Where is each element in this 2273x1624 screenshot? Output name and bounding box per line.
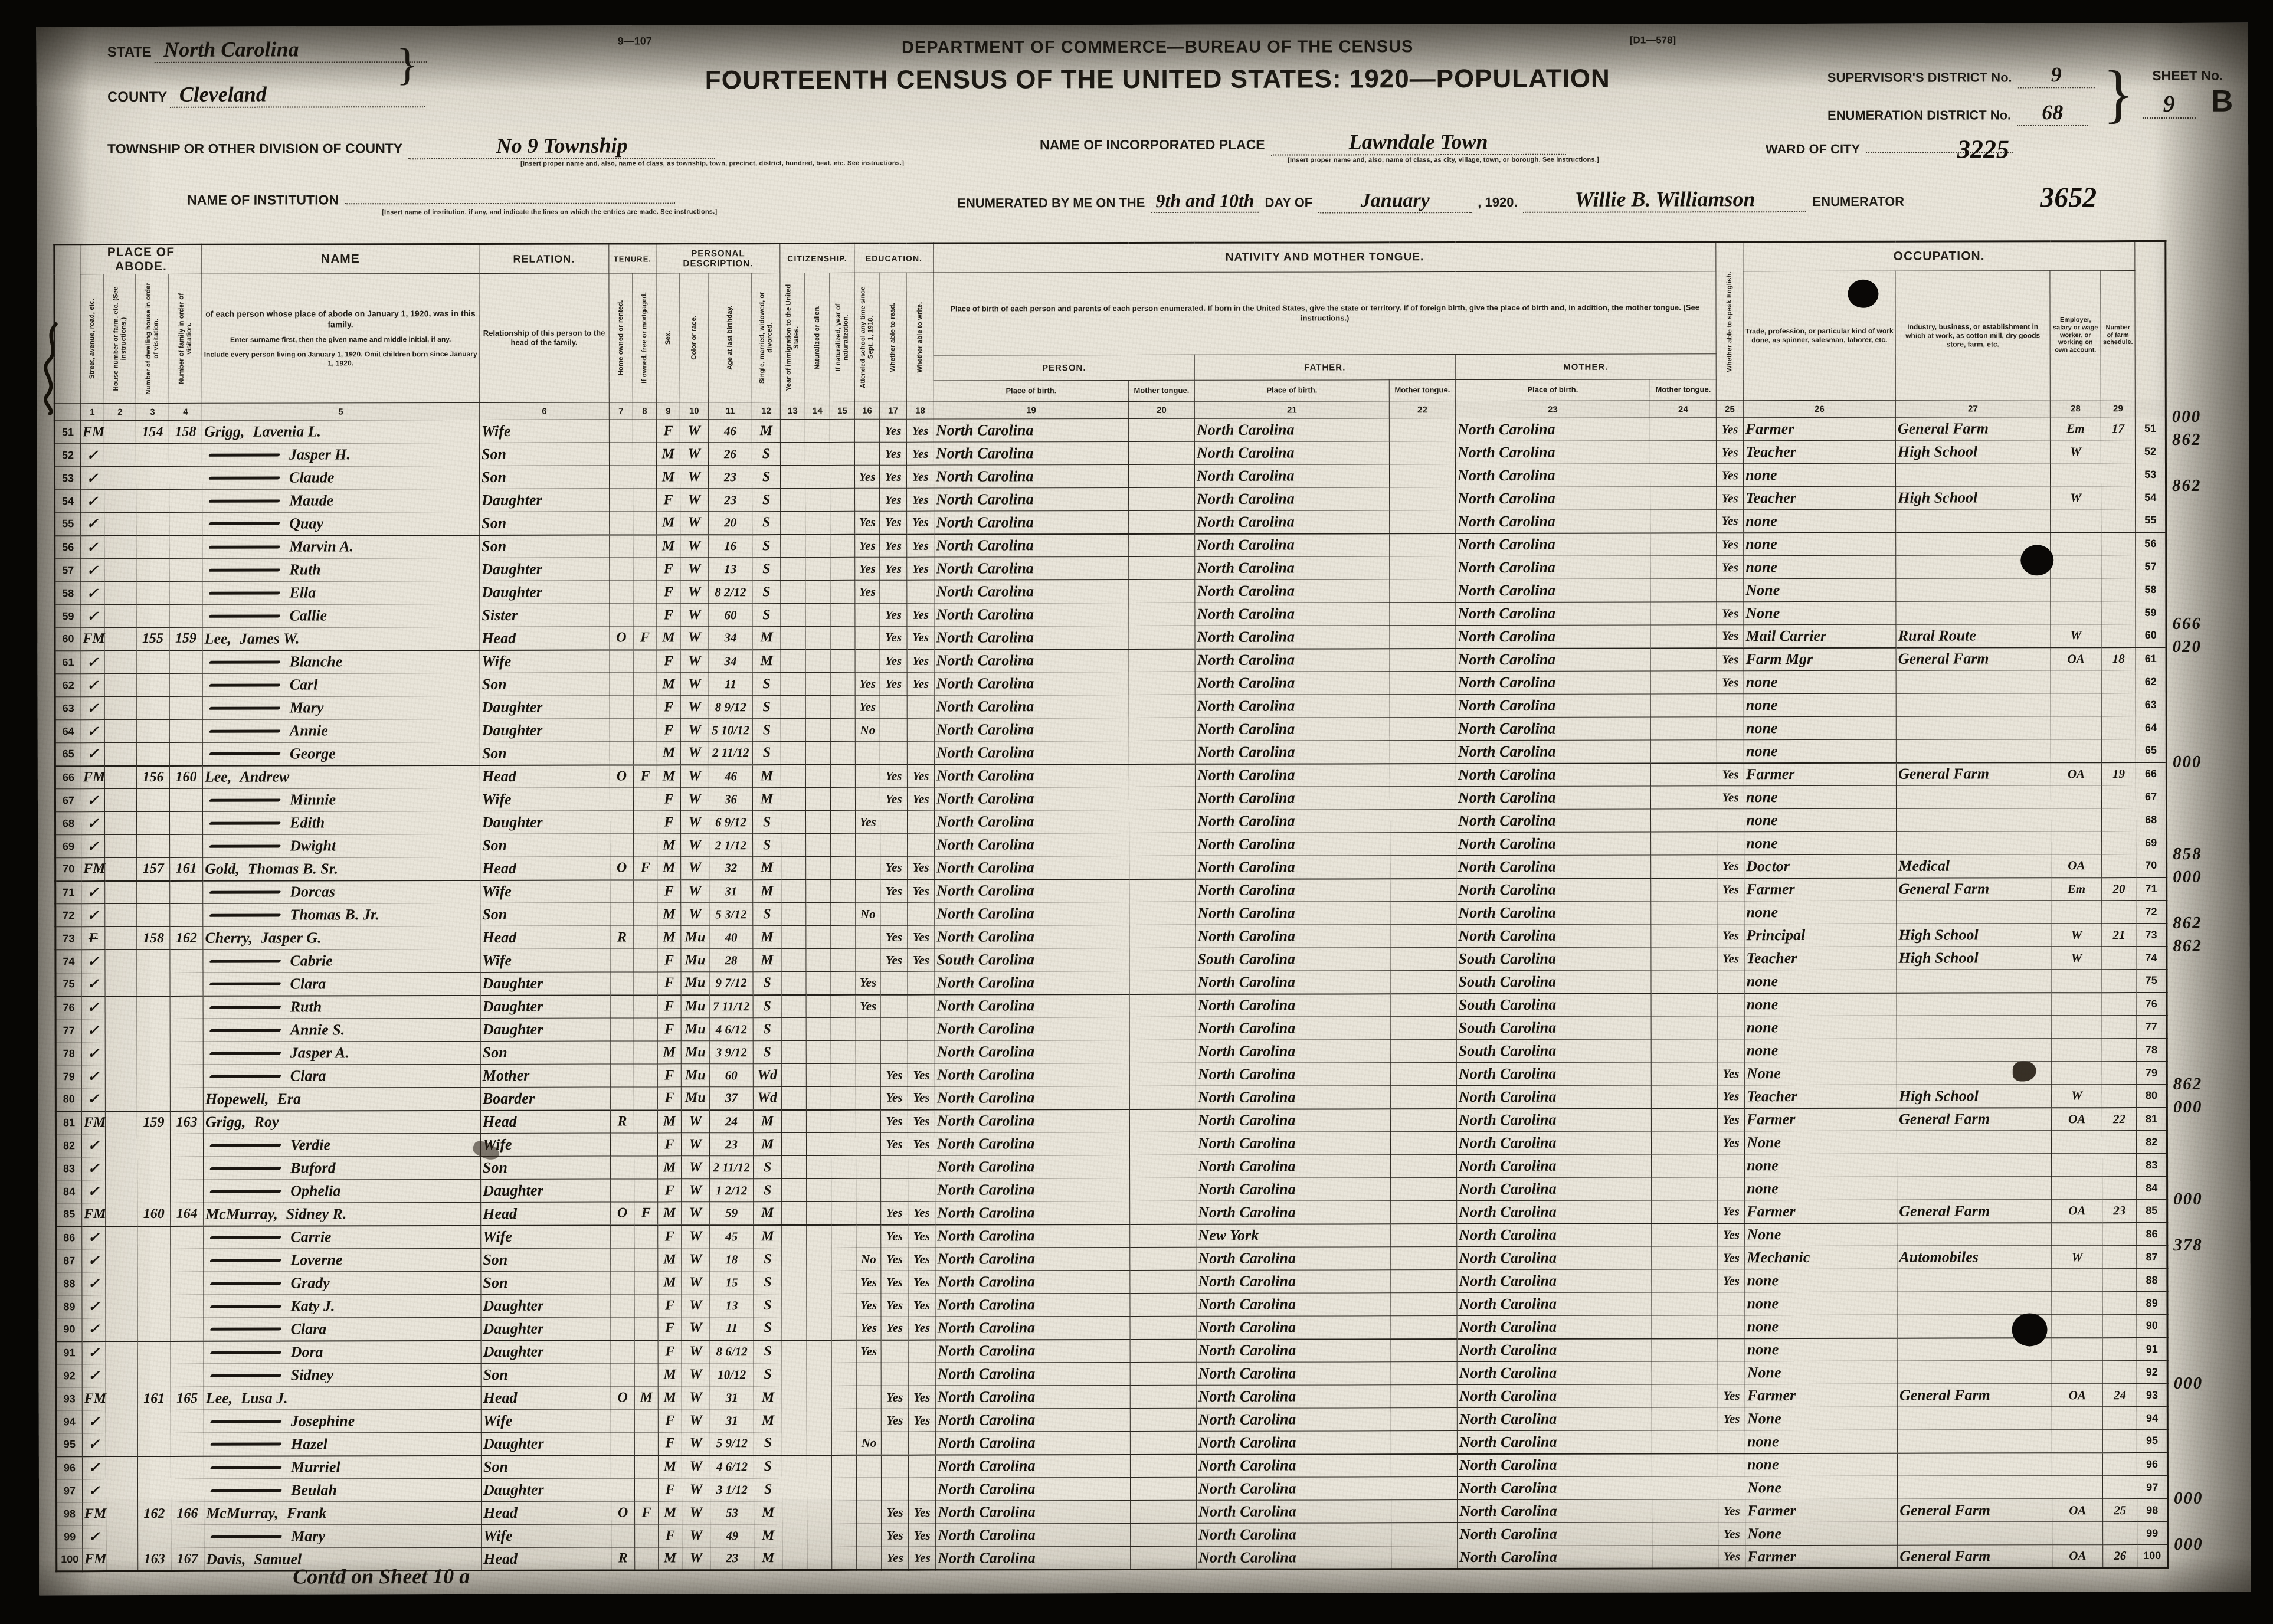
cell-immigration-year	[781, 971, 806, 994]
cell-father-birthplace: North Carolina	[1196, 902, 1390, 925]
cell-able-to-read	[880, 902, 908, 925]
cell-able-to-write: Yes	[908, 948, 935, 971]
cell-line-number: 100	[57, 1548, 83, 1571]
cell-immigration-year	[782, 1224, 807, 1248]
cell-employer-class	[2051, 785, 2102, 808]
cell-house-number	[104, 489, 136, 512]
cell-line-number-right: 86	[2137, 1222, 2167, 1245]
cell-naturalization-year	[832, 1547, 857, 1570]
cell-able-to-read	[880, 810, 908, 833]
cell-immigration-year	[781, 1109, 806, 1132]
cell-father-birthplace: New York	[1196, 1224, 1391, 1248]
cell-mother-mother-tongue	[1651, 1039, 1717, 1062]
cell-birthplace: North Carolina	[934, 764, 1129, 788]
cell-mother-tongue	[1129, 533, 1195, 556]
cell-relation: Son	[480, 834, 610, 857]
cell-free-mortgaged	[633, 696, 657, 719]
cell-dwelling-number	[136, 581, 169, 604]
doc-code: [D1—578]	[1630, 34, 1676, 46]
cell-father-birthplace: North Carolina	[1196, 1316, 1391, 1340]
cell-occupation: none	[1745, 1453, 1898, 1476]
cell-age: 13	[709, 558, 752, 581]
cell-industry	[1896, 716, 2051, 739]
cell-sex: F	[657, 489, 680, 512]
cell-family-number	[171, 1525, 204, 1548]
cell-home-owned	[610, 673, 633, 696]
line-number-col-head	[54, 245, 80, 404]
cell-father-birthplace: North Carolina	[1195, 464, 1390, 488]
cell-name: Ruth	[202, 558, 480, 581]
cell-speaks-english: Yes	[1717, 671, 1744, 694]
cell-sex: F	[657, 788, 680, 811]
enumerated-line: ENUMERATED BY ME ON THE 9th and 10th DAY…	[957, 186, 1904, 214]
margin-annotation: 862	[2172, 428, 2237, 451]
cell-industry: General Farm	[1896, 647, 2051, 670]
cell-mother-mother-tongue	[1651, 1062, 1717, 1085]
cell-house-number	[104, 696, 136, 719]
group-nativity: NATIVITY AND MOTHER TONGUE.	[934, 242, 1716, 273]
cell-race: W	[682, 1225, 710, 1248]
cell-house-number	[105, 834, 137, 857]
given-name: Minnie	[290, 791, 336, 808]
cell-father-mother-tongue	[1390, 441, 1456, 464]
cell-age: 4 6/12	[710, 1455, 754, 1478]
cell-attended-school	[856, 833, 880, 856]
margin-annotation: 862	[2173, 935, 2238, 958]
col-15-naturalization-year: If naturalized, year of naturalization.	[830, 273, 854, 402]
cell-sex: F	[657, 558, 680, 581]
cell-speaks-english	[1717, 970, 1744, 993]
cell-industry	[1896, 693, 2051, 716]
cell-able-to-read	[880, 1040, 908, 1063]
cell-father-mother-tongue	[1391, 1247, 1457, 1270]
column-number: 10	[680, 402, 708, 420]
column-number	[54, 404, 80, 421]
cell-mother-mother-tongue	[1651, 878, 1717, 901]
cell-line-number-right: 55	[2136, 509, 2166, 532]
cell-street-mark: ✓	[81, 605, 104, 628]
cell-occupation: None	[1745, 1223, 1897, 1246]
cell-line-number-right: 61	[2136, 647, 2166, 670]
cell-mother-birthplace: North Carolina	[1457, 1269, 1652, 1293]
cell-naturalized	[805, 442, 830, 465]
cell-attended-school: Yes	[855, 580, 880, 603]
cell-employer-class	[2051, 509, 2101, 532]
cell-free-mortgaged	[634, 1455, 658, 1478]
cell-mother-birthplace: North Carolina	[1456, 625, 1650, 649]
margin-annotation: 862	[2173, 1073, 2238, 1096]
cell-able-to-read: Yes	[880, 1086, 908, 1109]
cell-sex: M	[657, 1041, 681, 1064]
cell-occupation: none	[1745, 1430, 1897, 1453]
cell-street-mark: FM	[83, 1502, 106, 1525]
cell-relation: Wife	[480, 788, 610, 811]
column-number: 5	[202, 402, 479, 420]
cell-age: 60	[709, 604, 752, 627]
cell-home-owned	[610, 1041, 634, 1064]
place-label: NAME OF INCORPORATED PLACE	[1040, 137, 1265, 153]
table-row: 87✓LoverneSonMW18SNoYesYesNorth Carolina…	[56, 1245, 2167, 1272]
column-number: 13	[780, 402, 805, 420]
cell-relation: Wife	[481, 1225, 611, 1248]
cell-farm-schedule	[2101, 739, 2136, 762]
cell-naturalized	[807, 1501, 832, 1524]
cell-naturalization-year	[831, 1109, 856, 1132]
county-line: COUNTY Cleveland	[107, 81, 425, 108]
margin-annotation: 000	[2174, 1533, 2239, 1556]
cell-race: W	[680, 558, 709, 581]
cell-farm-schedule	[2101, 693, 2136, 716]
cell-father-mother-tongue	[1390, 856, 1456, 879]
cell-age: 2 11/12	[710, 1156, 754, 1179]
cell-occupation: None	[1744, 601, 1896, 624]
cell-family-number	[169, 673, 202, 696]
cell-sex: M	[659, 1547, 682, 1570]
cell-house-number	[104, 673, 136, 696]
cell-marital: S	[752, 512, 781, 535]
cell-line-number: 61	[55, 651, 81, 674]
cell-father-mother-tongue	[1390, 787, 1456, 810]
table-row: 86✓CarrieWifeFW45MYesYesNorth CarolinaNe…	[56, 1222, 2167, 1249]
col-27-industry-desc: Industry, business, or establishment in …	[1895, 271, 2050, 400]
cell-father-birthplace: North Carolina	[1195, 603, 1390, 626]
surname: Gold,	[205, 860, 240, 877]
cell-mother-mother-tongue	[1652, 1269, 1718, 1292]
cell-farm-schedule	[2102, 1085, 2136, 1108]
group-relation: RELATION.	[479, 244, 609, 273]
cell-mother-tongue	[1129, 487, 1195, 510]
cell-mother-mother-tongue	[1650, 418, 1716, 441]
cell-line-number: 79	[55, 1065, 81, 1088]
cell-speaks-english: Yes	[1717, 533, 1744, 556]
cell-father-mother-tongue	[1391, 1362, 1457, 1385]
cell-mother-birthplace: North Carolina	[1456, 1062, 1651, 1086]
census-table-wrap: PLACE OF ABODE. NAME RELATION. TENURE. P…	[53, 240, 2169, 1572]
cell-occupation: none	[1745, 1177, 1897, 1200]
cell-birthplace: North Carolina	[935, 1109, 1129, 1133]
cell-street-mark: ✓	[81, 651, 104, 674]
cell-father-mother-tongue	[1390, 603, 1456, 626]
cell-free-mortgaged	[633, 719, 657, 742]
cell-family-number	[170, 1042, 203, 1065]
cell-occupation: none	[1745, 1154, 1897, 1177]
cell-mother-tongue	[1131, 1546, 1197, 1569]
surname: Grigg,	[204, 423, 245, 440]
cell-able-to-write: Yes	[909, 1501, 936, 1524]
cell-relation: Head	[480, 627, 610, 650]
cell-line-number-right: 93	[2137, 1383, 2167, 1406]
cell-dwelling-number	[136, 650, 169, 673]
cell-marital: Wd	[753, 1087, 781, 1110]
cell-race: W	[680, 673, 709, 696]
cell-farm-schedule	[2103, 1453, 2137, 1476]
cell-father-birthplace: North Carolina	[1196, 1201, 1391, 1224]
cell-immigration-year	[782, 1317, 807, 1340]
cell-age: 10/12	[710, 1363, 754, 1386]
cell-father-birthplace: North Carolina	[1196, 1132, 1391, 1155]
cell-relation: Daughter	[480, 696, 610, 719]
surname: Cherry,	[205, 929, 253, 947]
cell-able-to-read	[880, 971, 908, 994]
group-citizenship: CITIZENSHIP.	[780, 243, 854, 273]
cell-age: 36	[709, 788, 752, 811]
cell-immigration-year	[782, 1271, 807, 1294]
group-personal-description: PERSONAL DESCRIPTION.	[656, 244, 780, 273]
cell-free-mortgaged	[634, 834, 657, 857]
cell-naturalization-year	[831, 1201, 856, 1224]
cell-farm-schedule	[2101, 440, 2136, 463]
cell-father-birthplace: North Carolina	[1195, 649, 1390, 672]
cell-line-number-right: 78	[2136, 1038, 2167, 1061]
cell-street-mark: ✓	[81, 743, 104, 766]
cell-relation: Son	[479, 443, 609, 466]
cell-able-to-read	[881, 1363, 908, 1386]
cell-immigration-year	[781, 488, 805, 511]
cell-mother-birthplace: North Carolina	[1456, 717, 1650, 741]
cell-immigration-year	[781, 764, 805, 787]
cell-free-mortgaged	[634, 903, 657, 926]
cell-naturalization-year	[830, 672, 855, 695]
cell-line-number: 63	[55, 697, 81, 720]
cell-family-number	[171, 1318, 204, 1341]
cell-mother-birthplace: North Carolina	[1456, 786, 1651, 810]
cell-race: W	[680, 627, 709, 650]
cell-sex: M	[658, 1271, 682, 1294]
cell-immigration-year	[781, 856, 806, 879]
cell-line-number-right: 59	[2136, 601, 2166, 624]
cell-mother-birthplace: North Carolina	[1456, 740, 1650, 764]
cell-immigration-year	[782, 1455, 807, 1478]
cell-relation: Head	[481, 1202, 611, 1225]
margin-annotation: 666	[2172, 613, 2237, 636]
cell-father-mother-tongue	[1390, 695, 1456, 718]
cell-family-number	[171, 1249, 204, 1272]
cell-birthplace: North Carolina	[935, 879, 1129, 903]
cell-race: W	[681, 903, 709, 926]
cell-speaks-english: Yes	[1717, 556, 1744, 579]
cell-mother-tongue	[1129, 672, 1195, 695]
margin-stamp-top: 3225	[1957, 134, 2009, 164]
cell-line-number: 86	[56, 1226, 82, 1249]
cell-father-birthplace: North Carolina	[1195, 718, 1390, 741]
cell-relation: Daughter	[480, 995, 610, 1018]
column-number: 25	[1716, 401, 1743, 418]
cell-able-to-read: Yes	[882, 1547, 909, 1570]
table-row: 79✓ClaraMotherFMu60WdYesYesNorth Carolin…	[55, 1061, 2167, 1088]
cell-industry	[1897, 1177, 2052, 1200]
table-row: 90✓ClaraDaughterFW11SYesYesYesNorth Caro…	[56, 1314, 2167, 1341]
cell-father-birthplace: North Carolina	[1195, 764, 1390, 787]
cell-attended-school: Yes	[856, 971, 880, 994]
cell-speaks-english: Yes	[1718, 1499, 1745, 1523]
cell-marital: S	[753, 834, 781, 857]
given-name: Sidney	[291, 1366, 333, 1383]
cell-industry: General Farm	[1897, 1200, 2052, 1223]
cell-mother-birthplace: North Carolina	[1458, 1453, 1652, 1477]
cell-free-mortgaged	[633, 489, 657, 512]
cell-naturalized	[807, 1155, 831, 1178]
cell-race: W	[682, 1455, 710, 1478]
cell-naturalized	[805, 603, 830, 626]
cell-naturalization-year	[830, 488, 855, 511]
cell-family-number	[170, 880, 203, 903]
cell-employer-class	[2051, 670, 2101, 693]
cell-father-birthplace: North Carolina	[1195, 695, 1390, 718]
cell-family-number	[171, 1157, 204, 1180]
col-2-house-number: House number or farm, etc. (See instruct…	[104, 274, 136, 403]
cell-dwelling-number	[137, 1157, 171, 1180]
margin-annotation: 000	[2173, 866, 2238, 889]
cell-home-owned	[611, 1156, 634, 1179]
cell-able-to-read: Yes	[880, 925, 908, 948]
cell-marital: S	[753, 903, 781, 926]
cell-family-number	[169, 535, 202, 558]
cell-naturalization-year	[831, 1155, 856, 1178]
col-11-age: Age at last birthday.	[708, 273, 752, 402]
cell-mother-birthplace: North Carolina	[1456, 487, 1650, 510]
cell-street-mark: ✓	[81, 1065, 105, 1088]
cell-line-number: 85	[56, 1203, 82, 1226]
cell-marital: S	[753, 972, 781, 995]
cell-employer-class	[2051, 993, 2102, 1016]
cell-marital: S	[752, 719, 781, 742]
cell-relation: Wife	[480, 650, 610, 673]
cell-immigration-year	[781, 1017, 806, 1040]
cell-name: Hopewell,Era	[203, 1087, 480, 1111]
given-name: Mary	[291, 1527, 325, 1544]
cell-family-number	[171, 1479, 204, 1502]
cell-mother-tongue	[1129, 579, 1195, 603]
cell-farm-schedule	[2102, 808, 2136, 831]
cell-able-to-read	[880, 994, 908, 1017]
ditto-dash	[209, 1236, 281, 1239]
cell-name: Sidney	[204, 1363, 481, 1387]
cell-industry	[1897, 808, 2051, 831]
cell-attended-school: Yes	[855, 534, 880, 557]
cell-father-birthplace: North Carolina	[1195, 487, 1390, 511]
given-name: Thomas B. Jr.	[290, 906, 379, 923]
cell-immigration-year	[781, 718, 805, 741]
cell-race: W	[681, 1133, 709, 1156]
cell-employer-class	[2052, 1154, 2102, 1177]
cell-house-number	[106, 1433, 137, 1456]
cell-home-owned	[610, 1087, 634, 1110]
cell-street-mark: ✓	[81, 812, 105, 835]
given-name: Grady	[290, 1274, 329, 1291]
cell-able-to-read: Yes	[881, 1386, 908, 1409]
cell-race: W	[680, 765, 709, 788]
column-number: 8	[633, 402, 656, 420]
cell-farm-schedule	[2101, 509, 2136, 532]
table-row: 71✓DorcasWifeFW31MYesYesNorth CarolinaNo…	[55, 877, 2167, 903]
punch-hole	[1848, 280, 1878, 308]
cell-occupation: Teacher	[1744, 1085, 1897, 1108]
cell-age: 46	[708, 420, 752, 443]
table-row: 66FM156160Lee,AndrewHeadOFMW46MYesYesNor…	[55, 762, 2166, 788]
cell-mother-tongue	[1129, 810, 1196, 833]
cell-relation: Boarder	[480, 1087, 610, 1110]
cell-speaks-english: Yes	[1718, 1131, 1745, 1154]
cell-family-number	[170, 1088, 203, 1111]
cell-line-number: 52	[54, 444, 80, 467]
cell-dwelling-number	[137, 903, 170, 926]
cell-dwelling-number: 159	[137, 1111, 170, 1134]
cell-able-to-read: Yes	[881, 1201, 908, 1224]
column-number: 27	[1895, 400, 2050, 417]
cell-age: 3 9/12	[709, 1041, 753, 1064]
cell-able-to-read: Yes	[881, 1224, 908, 1248]
cell-father-mother-tongue	[1391, 1454, 1458, 1477]
cell-father-mother-tongue	[1391, 1477, 1458, 1500]
cell-father-birthplace: North Carolina	[1195, 556, 1390, 580]
col-13-immigration-year: Year of immigration to the United States…	[780, 273, 805, 402]
cell-sex: M	[657, 857, 681, 880]
cell-attended-school	[856, 1109, 880, 1132]
cell-able-to-write	[908, 1017, 935, 1040]
cell-home-owned	[610, 650, 633, 673]
cell-industry: High School	[1896, 440, 2051, 463]
cell-attended-school	[856, 1386, 881, 1409]
cell-home-owned	[611, 1524, 635, 1547]
column-number: 2	[104, 403, 136, 420]
cell-able-to-read: Yes	[880, 1109, 908, 1132]
cell-name: Edith	[203, 811, 480, 834]
cell-name: Gold,Thomas B. Sr.	[203, 857, 480, 880]
cell-line-number-right: 74	[2136, 946, 2167, 969]
cell-able-to-write: Yes	[907, 672, 934, 695]
cell-family-number	[169, 558, 202, 581]
cell-farm-schedule	[2101, 486, 2136, 509]
cell-employer-class: OA	[2052, 1108, 2102, 1131]
cell-mother-mother-tongue	[1650, 648, 1717, 671]
cell-able-to-write: Yes	[908, 1086, 935, 1109]
cell-house-number	[104, 512, 136, 535]
cell-occupation: Farmer	[1745, 1499, 1898, 1522]
cell-speaks-english: Yes	[1718, 1546, 1745, 1569]
cell-speaks-english	[1717, 717, 1744, 740]
cell-attended-school: Yes	[855, 465, 880, 488]
cell-line-number-right: 100	[2137, 1544, 2168, 1567]
cell-home-owned	[610, 512, 633, 535]
cell-birthplace: North Carolina	[934, 626, 1129, 650]
cell-farm-schedule	[2102, 1338, 2137, 1361]
cell-line-number-right: 92	[2137, 1360, 2167, 1383]
given-name: Clara	[291, 1320, 327, 1337]
cell-street-mark: FM	[80, 421, 104, 444]
table-row: 55✓QuaySonMW20SYesYesYesNorth CarolinaNo…	[55, 509, 2166, 535]
cell-street-mark: FM	[82, 1387, 106, 1410]
cell-naturalized	[805, 672, 830, 695]
cell-naturalized	[807, 1248, 831, 1271]
cell-birthplace: North Carolina	[935, 1340, 1130, 1363]
cell-able-to-read: Yes	[881, 1317, 908, 1340]
ditto-dash	[208, 522, 280, 525]
cell-line-number: 92	[56, 1364, 82, 1387]
cell-occupation: Farm Mgr	[1744, 647, 1896, 670]
cell-immigration-year	[781, 695, 805, 718]
cell-industry	[1897, 831, 2051, 854]
col-29-farm-schedule-desc: Number of farm schedule.	[2101, 271, 2135, 400]
cell-house-number	[104, 742, 136, 765]
nativity-mother: MOTHER.	[1455, 354, 1716, 380]
cell-relation: Son	[480, 535, 610, 558]
cell-home-owned: O	[611, 1202, 634, 1225]
cell-age: 49	[710, 1524, 754, 1547]
cell-occupation: none	[1744, 785, 1897, 808]
department-line: DEPARTMENT OF COMMERCE—BUREAU OF THE CEN…	[568, 37, 1748, 58]
cell-father-mother-tongue	[1391, 1270, 1457, 1293]
cell-naturalized	[806, 810, 831, 833]
